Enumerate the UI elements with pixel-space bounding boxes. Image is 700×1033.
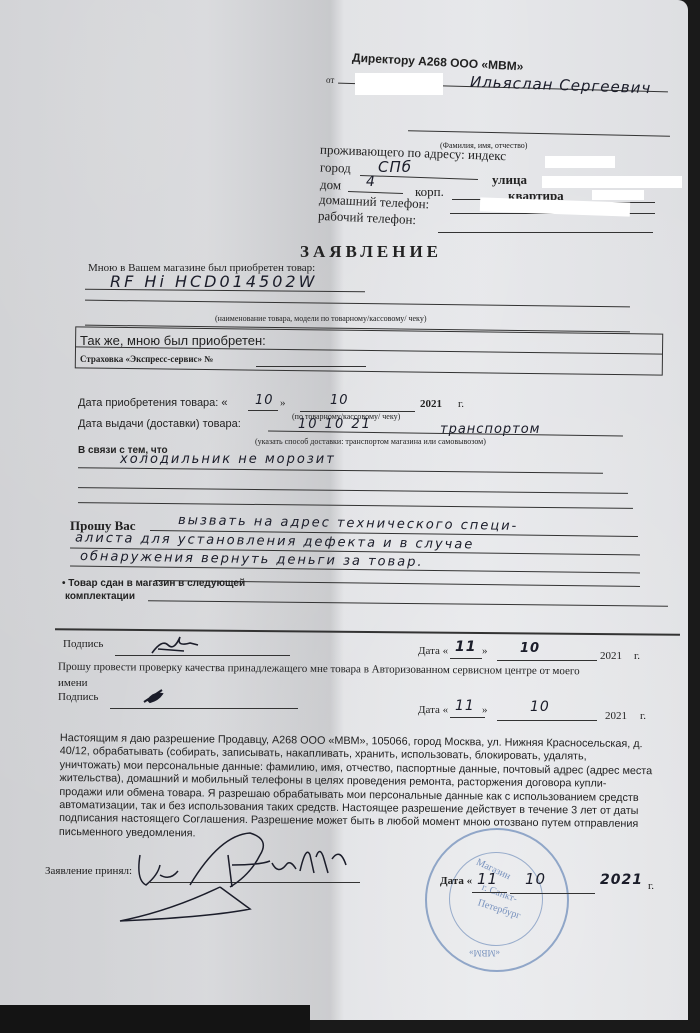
quote-close: »	[280, 397, 286, 409]
street-label: улица	[492, 172, 527, 188]
from-label: от	[326, 75, 334, 85]
signature-2-day-line	[450, 717, 485, 718]
document-page: Директору А268 ООО «МВМ» от Ильяслан Сер…	[0, 0, 688, 1020]
signature-1-scribble	[150, 633, 200, 657]
delivery-date-value: 10 10 21	[298, 417, 372, 432]
company-stamp: Магазин г. Санкт- Петербург «МВМ»	[425, 828, 569, 972]
city-value: СПб	[378, 158, 412, 176]
signature-1-year-suffix: г.	[634, 650, 640, 662]
also-purchased-heading: Так же, мною был приобретен:	[80, 333, 266, 348]
signature-1-day-line	[450, 658, 482, 659]
signature-2-year: 2021	[605, 710, 627, 722]
quality-check-text-2: имени	[58, 677, 88, 689]
signature-1-year: 2021	[600, 650, 622, 662]
purchase-year-suffix: г.	[458, 398, 464, 410]
house-value: 4	[366, 174, 376, 190]
document-title: ЗАЯВЛЕНИЕ	[300, 242, 442, 262]
purchase-month: 10	[330, 393, 349, 408]
purchase-day-line	[248, 410, 278, 411]
insurance-label: Страховка «Экспресс-сервис» №	[80, 354, 213, 364]
signature-1-label: Подпись	[63, 638, 103, 650]
acceptance-year: 2021	[600, 872, 643, 888]
delivery-date-label: Дата выдачи (доставки) товара:	[78, 418, 241, 430]
signature-1-line	[115, 655, 290, 656]
redacted-street	[542, 176, 682, 188]
quote-close: »	[482, 704, 488, 716]
purchase-day: 10	[255, 393, 274, 408]
acceptance-date-label: Дата «	[440, 875, 472, 887]
reason-value: холодильник не морозит	[120, 452, 336, 467]
completeness-label-2: комплектации	[65, 591, 135, 602]
torn-paper-edge	[0, 1005, 310, 1033]
signature-1-day: 11	[455, 639, 476, 655]
signature-2-label: Подпись	[58, 691, 98, 703]
purchase-date-label: Дата приобретения товара: «	[78, 397, 228, 409]
signature-1-date-label: Дата «	[418, 645, 448, 657]
quote-close: »	[482, 645, 488, 657]
stamp-bottom-text: «МВМ»	[469, 948, 500, 958]
acceptance-signature	[100, 825, 370, 925]
signature-2-year-suffix: г.	[640, 710, 646, 722]
signature-2-date-label: Дата «	[418, 704, 448, 716]
signature-2-day: 11	[455, 698, 475, 714]
signature-2-scribble	[140, 686, 170, 706]
signature-1-month: 10	[520, 641, 540, 656]
acceptance-month: 10	[525, 870, 546, 888]
acceptance-month-line	[510, 893, 595, 894]
city-label: город	[320, 159, 351, 176]
product-value: RF Hi HCD014502W	[110, 272, 317, 291]
redacted-surname	[355, 73, 443, 95]
signature-2-line	[110, 708, 298, 709]
insurance-line	[256, 366, 366, 367]
redacted-index	[545, 156, 615, 168]
acceptance-day-line	[472, 892, 507, 893]
completeness-label-1: • Товар сдан в магазин в следующей	[62, 578, 245, 589]
delivery-caption: (указать способ доставки: транспортом ма…	[255, 437, 486, 446]
product-caption: (наименование товара, модели по товарном…	[215, 314, 427, 323]
purchase-year: 2021	[420, 398, 442, 410]
acceptance-year-suffix: г.	[648, 880, 654, 892]
signature-2-month-line	[497, 720, 597, 721]
delivery-method: транспортом	[440, 422, 540, 437]
signature-1-month-line	[497, 660, 597, 661]
redacted-apartment	[592, 190, 644, 200]
work-phone-line	[438, 232, 653, 233]
acceptance-day: 11	[477, 870, 498, 888]
signature-2-month: 10	[530, 699, 550, 715]
